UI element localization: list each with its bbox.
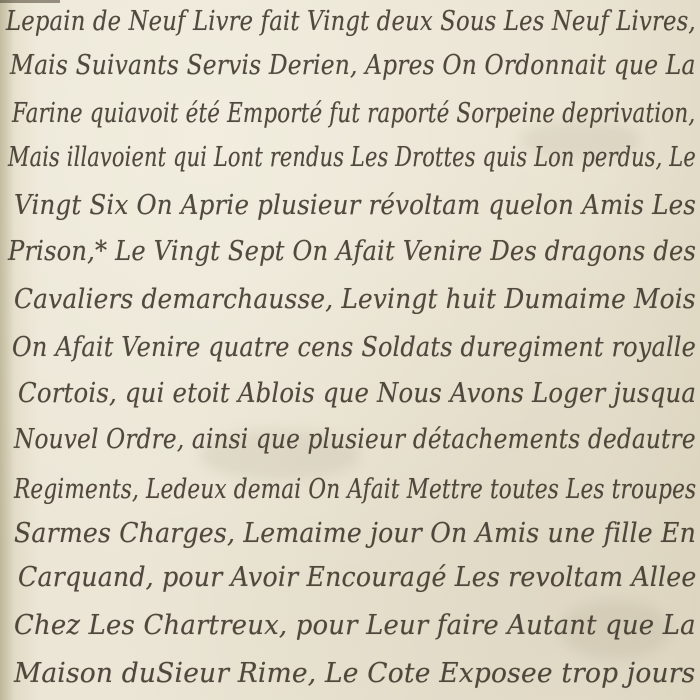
manuscript-line-12: Sarmes Charges, Lemaime jour On Amis une… (14, 518, 696, 549)
manuscript-line-4: Mais illavoient qui Lont rendus Les Drot… (8, 142, 696, 173)
manuscript-line-5: Vingt Six On Aprie plusieur révoltam que… (14, 190, 696, 221)
handwritten-text-block: Lepain de Neuf Livre fait Vingt deux Sou… (0, 0, 700, 700)
manuscript-page: Lepain de Neuf Livre fait Vingt deux Sou… (0, 0, 700, 700)
manuscript-line-14: Chez Les Chartreux, pour Leur faire Auta… (14, 610, 696, 641)
manuscript-line-7: Cavaliers demarchausse, Levingt huit Dum… (14, 284, 696, 315)
manuscript-line-1: Lepain de Neuf Livre fait Vingt deux Sou… (6, 6, 696, 37)
manuscript-line-9: Cortois, qui etoit Ablois que Nous Avons… (18, 378, 696, 409)
manuscript-line-15: Maison duSieur Rime, Le Cote Exposee tro… (14, 658, 695, 689)
manuscript-line-11: Regiments, Ledeux demai On Afait Mettre … (14, 474, 696, 505)
manuscript-line-6: Prison,* Le Vingt Sept On Afait Venire D… (8, 236, 696, 267)
manuscript-line-8: On Afait Venire quatre cens Soldats dure… (12, 332, 696, 363)
manuscript-line-2: Mais Suivants Servis Derien, Apres On Or… (10, 50, 696, 81)
manuscript-line-3: Farine quiavoit été Emporté fut raporté … (12, 98, 695, 129)
manuscript-line-13: Carquand, pour Avoir Encouragé Les revol… (18, 562, 697, 593)
manuscript-line-10: Nouvel Ordre, ainsi que plusieur détache… (14, 424, 696, 455)
